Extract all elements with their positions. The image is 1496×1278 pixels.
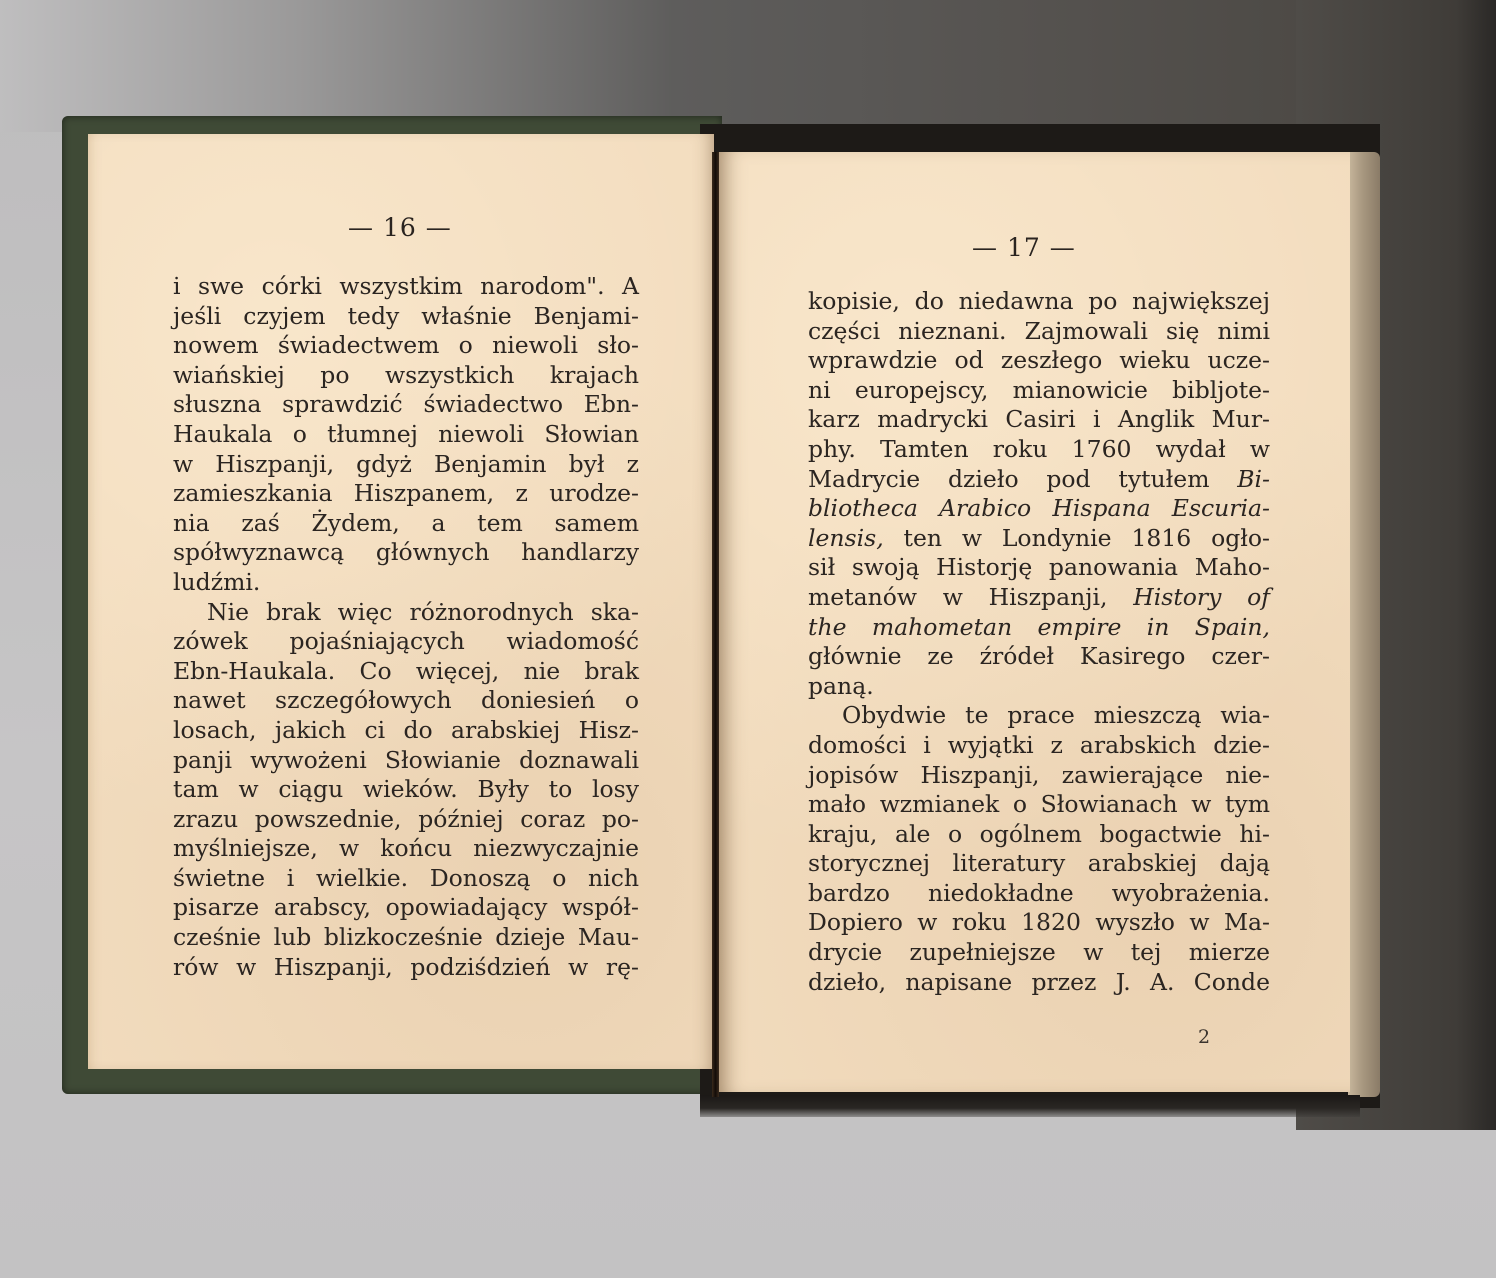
- text-line: słuszna sprawdzić świadectwo Ebn-: [173, 390, 639, 420]
- text-line: losach, jakich ci do arabskiej Hisz-: [173, 716, 639, 746]
- text-line: głównie ze źródeł Kasirego czer-: [808, 642, 1270, 672]
- text-segment: ni europejscy, mianowicie bibljote-: [808, 376, 1270, 404]
- text-line: ni europejscy, mianowicie bibljote-: [808, 376, 1270, 406]
- text-segment: paną.: [808, 672, 874, 700]
- text-segment: Madrycie dzieło pod tytułem: [808, 465, 1237, 493]
- text-line: kraju, ale o ogólnem bogactwie hi-: [808, 820, 1270, 850]
- text-line: zamieszkania Hiszpanem, z urodze-: [173, 479, 639, 509]
- signature-mark: 2: [1198, 1026, 1210, 1048]
- text-line: jopisów Hiszpanji, zawierające nie-: [808, 761, 1270, 791]
- text-line: nawet szczegółowych doniesień o: [173, 686, 639, 716]
- text-line: lensis, ten w Londynie 1816 ogło-: [808, 524, 1270, 554]
- text-segment: bardzo niedokładne wyobrażenia.: [808, 879, 1270, 907]
- text-line: jeśli czyjem tedy właśnie Benjami-: [173, 302, 639, 332]
- text-segment: phy. Tamten roku 1760 wydał w: [808, 435, 1270, 463]
- text-line: bardzo niedokładne wyobrażenia.: [808, 879, 1270, 909]
- text-line: myślniejsze, w końcu niezwyczajnie: [173, 834, 639, 864]
- text-line: spółwyznawcą głównych handlarzy: [173, 538, 639, 568]
- text-line: Haukala o tłumnej niewoli Słowian: [173, 420, 639, 450]
- italic-title-segment: Bi-: [1237, 465, 1270, 493]
- text-line: nowem świadectwem o niewoli sło-: [173, 331, 639, 361]
- text-line: sił swoją Historję panowania Maho-: [808, 553, 1270, 583]
- text-line: drycie zupełniejsze w tej mierze: [808, 938, 1270, 968]
- text-line: ludźmi.: [173, 568, 639, 598]
- text-line: Ebn-Haukala. Co więcej, nie brak: [173, 657, 639, 687]
- page-number-left: — 16 —: [348, 213, 452, 242]
- page-block-fore-edge: [1348, 152, 1380, 1097]
- right-page-text: kopisie, do niedawna po największejczęśc…: [808, 287, 1270, 997]
- text-segment: dzieło, napisane przez J. A. Conde: [808, 968, 1270, 996]
- text-line: Nie brak więc różnorodnych ska-: [173, 598, 639, 628]
- text-line: cześnie lub blizkocześnie dzieje Mau-: [173, 923, 639, 953]
- text-segment: Dopiero w roku 1820 wyszło w Ma-: [808, 908, 1270, 936]
- text-line: i swe córki wszystkim narodom". A: [173, 272, 639, 302]
- text-segment: drycie zupełniejsze w tej mierze: [808, 938, 1270, 966]
- text-line: części nieznani. Zajmowali się nimi: [808, 317, 1270, 347]
- text-segment: wprawdzie od zeszłego wieku ucze-: [808, 346, 1270, 374]
- text-line: domości i wyjątki z arabskich dzie-: [808, 731, 1270, 761]
- left-page-text: i swe córki wszystkim narodom". Ajeśli c…: [173, 272, 639, 982]
- italic-title-segment: History of: [1133, 583, 1270, 611]
- italic-title-segment: bliotheca Arabico Hispana Escuria-: [808, 494, 1270, 522]
- text-segment: domości i wyjątki z arabskich dzie-: [808, 731, 1270, 759]
- text-segment: sił swoją Historję panowania Maho-: [808, 553, 1270, 581]
- text-segment: karz madrycki Casiri i Anglik Mur-: [808, 405, 1270, 433]
- text-segment: jopisów Hiszpanji, zawierające nie-: [808, 761, 1270, 789]
- text-segment: głównie ze źródeł Kasirego czer-: [808, 642, 1270, 670]
- text-segment: metanów w Hiszpanji,: [808, 583, 1133, 611]
- italic-title-segment: lensis,: [808, 524, 884, 552]
- text-segment: kraju, ale o ogólnem bogactwie hi-: [808, 820, 1270, 848]
- text-line: Dopiero w roku 1820 wyszło w Ma-: [808, 908, 1270, 938]
- text-line: kopisie, do niedawna po największej: [808, 287, 1270, 317]
- text-line: nia zaś Żydem, a tem samem: [173, 509, 639, 539]
- text-line: dzieło, napisane przez J. A. Conde: [808, 968, 1270, 998]
- text-line: wiańskiej po wszystkich krajach: [173, 361, 639, 391]
- book-gutter: [712, 152, 719, 1097]
- text-line: zówek pojaśniających wiadomość: [173, 627, 639, 657]
- text-line: rów w Hiszpanji, podziśdzień w rę-: [173, 953, 639, 983]
- text-segment: ten w Londynie 1816 ogło-: [884, 524, 1270, 552]
- text-line: Obydwie te prace mieszczą wia-: [808, 701, 1270, 731]
- text-line: bliotheca Arabico Hispana Escuria-: [808, 494, 1270, 524]
- text-segment: mało wzmianek o Słowianach w tym: [808, 790, 1270, 818]
- text-line: mało wzmianek o Słowianach w tym: [808, 790, 1270, 820]
- text-segment: kopisie, do niedawna po największej: [808, 287, 1270, 315]
- text-line: storycznej literatury arabskiej dają: [808, 849, 1270, 879]
- text-line: świetne i wielkie. Donoszą o nich: [173, 864, 639, 894]
- text-line: paną.: [808, 672, 1270, 702]
- text-line: Madrycie dzieło pod tytułem Bi-: [808, 465, 1270, 495]
- text-line: pisarze arabscy, opowiadający współ-: [173, 893, 639, 923]
- scanner-background-dark: [0, 0, 1496, 132]
- book-bottom-shadow: [700, 1095, 1360, 1117]
- text-line: wprawdzie od zeszłego wieku ucze-: [808, 346, 1270, 376]
- text-segment: części nieznani. Zajmowali się nimi: [808, 317, 1270, 345]
- text-line: panji wywożeni Słowianie doznawali: [173, 746, 639, 776]
- text-line: zrazu powszednie, później coraz po-: [173, 805, 639, 835]
- text-segment: storycznej literatury arabskiej dają: [808, 849, 1270, 877]
- page-number-right: — 17 —: [972, 233, 1076, 262]
- italic-title-segment: the mahometan empire in Spain,: [808, 613, 1270, 641]
- text-line: the mahometan empire in Spain,: [808, 613, 1270, 643]
- text-line: tam w ciągu wieków. Były to losy: [173, 775, 639, 805]
- text-segment: Obydwie te prace mieszczą wia-: [842, 701, 1270, 729]
- text-line: karz madrycki Casiri i Anglik Mur-: [808, 405, 1270, 435]
- text-line: w Hiszpanji, gdyż Benjamin był z: [173, 450, 639, 480]
- text-line: metanów w Hiszpanji, History of: [808, 583, 1270, 613]
- text-line: phy. Tamten roku 1760 wydał w: [808, 435, 1270, 465]
